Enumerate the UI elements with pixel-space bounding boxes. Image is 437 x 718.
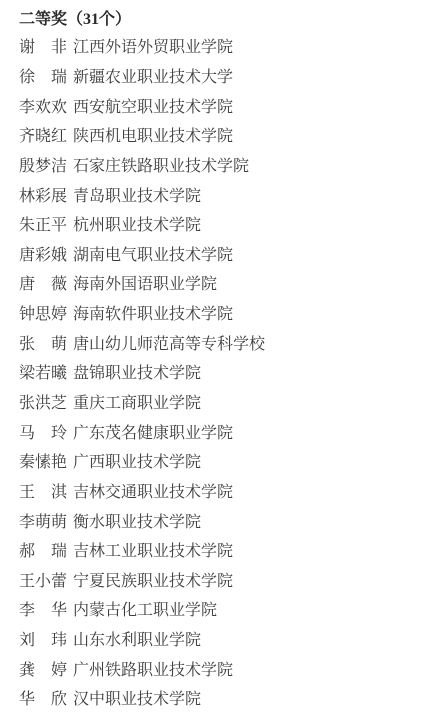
award-row: 龚 婷 广州铁路职业技术学院 (19, 653, 427, 683)
awardee-name: 郝 瑞 (19, 538, 67, 561)
award-row: 李 华 内蒙古化工职业学院 (19, 594, 427, 624)
award-row: 华 欣 汉中职业技术学院 (19, 683, 427, 713)
section-heading: 二等奖（31个） (19, 9, 427, 31)
institution-name: 广州铁路职业技术学院 (73, 657, 233, 680)
awardee-name: 李 华 (19, 597, 67, 620)
awardee-name: 梁若曦 (19, 360, 67, 383)
institution-name: 唐山幼儿师范高等专科学校 (73, 331, 265, 354)
institution-name: 吉林工业职业技术学院 (73, 538, 233, 561)
institution-name: 海南软件职业技术学院 (73, 301, 233, 324)
awardee-name: 谢 非 (19, 34, 67, 57)
institution-name: 宁夏民族职业技术学院 (73, 568, 233, 591)
institution-name: 内蒙古化工职业学院 (73, 597, 217, 620)
award-row: 郝 瑞 吉林工业职业技术学院 (19, 535, 427, 565)
award-row: 朱正平 杭州职业技术学院 (19, 209, 427, 239)
award-row: 钟思婷 海南软件职业技术学院 (19, 298, 427, 328)
award-row: 唐彩娥 湖南电气职业技术学院 (19, 238, 427, 268)
institution-name: 海南外国语职业学院 (73, 271, 217, 294)
award-row: 谢 非 江西外语外贸职业学院 (19, 31, 427, 61)
award-row: 徐 瑞 新疆农业职业技术大学 (19, 61, 427, 91)
award-row: 马 玲 广东茂名健康职业学院 (19, 416, 427, 446)
institution-name: 陕西机电职业技术学院 (73, 123, 233, 146)
award-row: 唐 薇 海南外国语职业学院 (19, 268, 427, 298)
awardee-name: 朱正平 (19, 212, 67, 235)
awardee-name: 秦愫艳 (19, 449, 67, 472)
award-row: 张 萌 唐山幼儿师范高等专科学校 (19, 327, 427, 357)
institution-name: 石家庄铁路职业技术学院 (73, 153, 249, 176)
awardee-name: 钟思婷 (19, 301, 67, 324)
awardee-name: 张洪芝 (19, 390, 67, 413)
awardee-name: 刘 玮 (19, 627, 67, 650)
awardee-name: 华 欣 (19, 686, 67, 709)
institution-name: 湖南电气职业技术学院 (73, 242, 233, 265)
institution-name: 江西外语外贸职业学院 (73, 34, 233, 57)
awardee-name: 李欢欢 (19, 94, 67, 117)
award-row: 殷梦洁 石家庄铁路职业技术学院 (19, 150, 427, 180)
institution-name: 新疆农业职业技术大学 (73, 64, 233, 87)
awardee-name: 张 萌 (19, 331, 67, 354)
awardee-name: 徐 瑞 (19, 64, 67, 87)
awardee-name: 龚 婷 (19, 657, 67, 680)
award-row: 李萌萌 衡水职业技术学院 (19, 505, 427, 535)
award-row: 秦愫艳 广西职业技术学院 (19, 446, 427, 476)
awardee-name: 王小蕾 (19, 568, 67, 591)
institution-name: 重庆工商职业学院 (73, 390, 201, 413)
institution-name: 吉林交通职业技术学院 (73, 479, 233, 502)
award-row: 李欢欢 西安航空职业技术学院 (19, 90, 427, 120)
awardee-name: 齐晓红 (19, 123, 67, 146)
institution-name: 广西职业技术学院 (73, 449, 201, 472)
award-row: 梁若曦 盘锦职业技术学院 (19, 357, 427, 387)
award-list: 谢 非 江西外语外贸职业学院 徐 瑞 新疆农业职业技术大学 李欢欢 西安航空职业… (19, 31, 427, 713)
institution-name: 青岛职业技术学院 (73, 183, 201, 206)
institution-name: 西安航空职业技术学院 (73, 94, 233, 117)
institution-name: 杭州职业技术学院 (73, 212, 201, 235)
awardee-name: 林彩展 (19, 183, 67, 206)
award-row: 王小蕾 宁夏民族职业技术学院 (19, 565, 427, 595)
awardee-name: 马 玲 (19, 420, 67, 443)
award-row: 刘 玮 山东水利职业学院 (19, 624, 427, 654)
awardee-name: 李萌萌 (19, 509, 67, 532)
institution-name: 衡水职业技术学院 (73, 509, 201, 532)
institution-name: 汉中职业技术学院 (73, 686, 201, 709)
award-row: 林彩展 青岛职业技术学院 (19, 179, 427, 209)
document-page: 二等奖（31个） 谢 非 江西外语外贸职业学院 徐 瑞 新疆农业职业技术大学 李… (0, 0, 437, 718)
award-row: 王 淇 吉林交通职业技术学院 (19, 476, 427, 506)
award-row: 张洪芝 重庆工商职业学院 (19, 387, 427, 417)
awardee-name: 殷梦洁 (19, 153, 67, 176)
awardee-name: 唐 薇 (19, 271, 67, 294)
institution-name: 广东茂名健康职业学院 (73, 420, 233, 443)
institution-name: 盘锦职业技术学院 (73, 360, 201, 383)
awardee-name: 唐彩娥 (19, 242, 67, 265)
institution-name: 山东水利职业学院 (73, 627, 201, 650)
award-row: 齐晓红 陕西机电职业技术学院 (19, 120, 427, 150)
awardee-name: 王 淇 (19, 479, 67, 502)
